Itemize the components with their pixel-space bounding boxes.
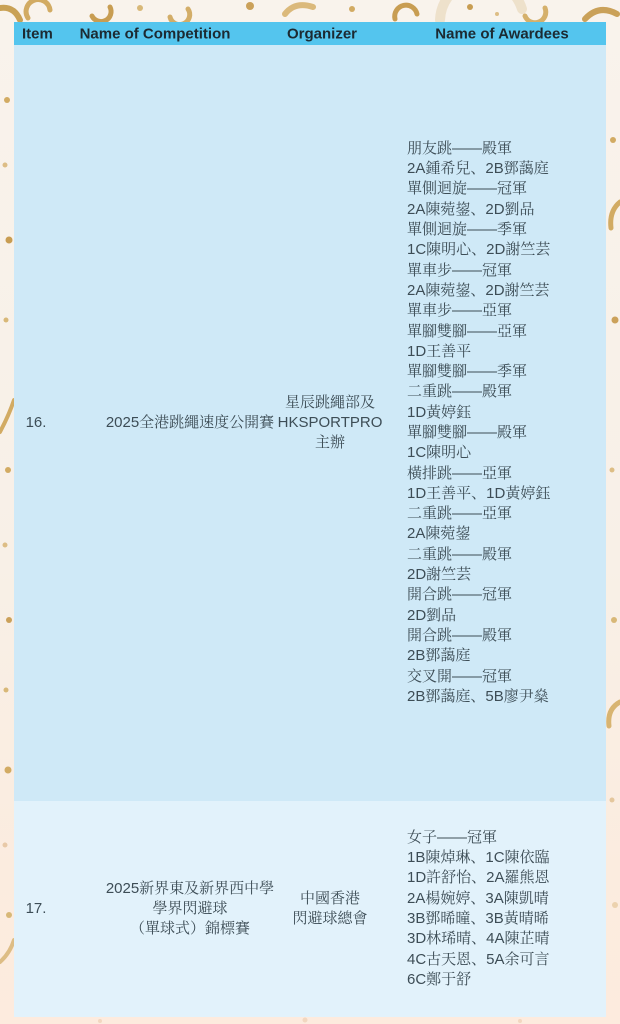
awardee-line: 3B鄧晞曈、3B黃晴晞 [407,909,549,929]
awardee-line: 開合跳——殿軍 [407,626,512,646]
awardee-line: 橫排跳——亞軍 [407,464,512,484]
awardee-line: 單側迴旋——冠軍 [407,179,527,199]
competition-name-line: （單球式）錦標賽 [130,919,250,939]
column-header-awardees: Name of Awardees [402,25,602,42]
awardee-line: 2A陳菀鋆 [407,524,470,544]
awardee-line: 1C陳明心 [407,443,471,463]
awardee-line: 1D王善平 [407,342,471,362]
awardee-line: 2A陳菀鋆、2D謝竺芸 [407,281,550,301]
item-cell: 16. [16,45,56,801]
item-number: 17. [26,899,47,919]
awardee-line: 6C鄭于舒 [407,970,471,990]
organizer-line: 主辦 [315,433,345,453]
awardee-line: 2A楊婉婷、3A陳凱晴 [407,889,549,909]
awardee-line: 1D許舒怡、2A羅熊恩 [407,868,550,888]
table-row: 17. 2025新界東及新界西中學學界閃避球（單球式）錦標賽 中國香港閃避球總會… [14,801,606,1017]
organizer-line: 閃避球總會 [292,909,367,929]
awardee-line: 單車步——亞軍 [407,301,512,321]
awardee-line: 女子——冠軍 [407,828,497,848]
awardee-line: 單腳雙腳——殿軍 [407,423,527,443]
awardee-line: 4C古天恩、5A余可言 [407,950,550,970]
awardee-line: 1B陳焯琳、1C陳依臨 [407,848,550,868]
awardee-line: 單車步——冠軍 [407,261,512,281]
column-header-item: Item [22,25,53,42]
awardee-line: 開合跳——冠軍 [407,585,512,605]
awardee-line: 單腳雙腳——季軍 [407,362,527,382]
awardee-line: 2D劉品 [407,606,456,626]
table-row: 16. 2025全港跳繩速度公開賽 星辰跳繩部及HKSPORTPRO主辦 朋友跳… [14,45,606,801]
column-header-competition: Name of Competition [64,25,246,42]
awardee-line: 3D林琋晴、4A陳芷晴 [407,929,550,949]
awardee-line: 單側迴旋——季軍 [407,220,527,240]
awardee-line: 二重跳——殿軍 [407,382,512,402]
awardee-line: 2B鄧藹庭、5B廖尹燊 [407,687,549,707]
awards-table: Item Name of Competition Organizer Name … [14,22,606,1017]
awardee-line: 二重跳——殿軍 [407,545,512,565]
column-header-organizer: Organizer [272,25,372,42]
item-cell: 17. [16,801,56,1017]
awardee-line: 朋友跳——殿軍 [407,139,512,159]
organizer-line: 中國香港 [300,889,360,909]
organizer-cell: 中國香港閃避球總會 [250,801,410,1017]
awardee-line: 1C陳明心、2D謝竺芸 [407,240,550,260]
awardee-line: 2A陳菀鋆、2D劉品 [407,200,535,220]
table-header-row: Item Name of Competition Organizer Name … [14,22,606,45]
awardee-line: 1D王善平、1D黃婷鈺 [407,484,550,504]
awardee-line: 2A鍾希兒、2B鄧藹庭 [407,159,549,179]
awardees-cell: 朋友跳——殿軍2A鍾希兒、2B鄧藹庭單側迴旋——冠軍2A陳菀鋆、2D劉品單側迴旋… [393,45,606,801]
awardee-line: 1D黃婷鈺 [407,403,471,423]
awardee-line: 單腳雙腳——亞軍 [407,322,527,342]
competition-name-line: 2025新界東及新界西中學 [106,879,274,899]
competition-name-line: 學界閃避球 [152,899,227,919]
awardee-line: 2B鄧藹庭 [407,646,470,666]
item-number: 16. [26,413,47,433]
competition-name-line: 2025全港跳繩速度公開賽 [106,413,274,433]
awardee-line: 2D謝竺芸 [407,565,471,585]
awardees-cell: 女子——冠軍1B陳焯琳、1C陳依臨1D許舒怡、2A羅熊恩2A楊婉婷、3A陳凱晴3… [393,801,606,1017]
awardee-line: 交叉開——冠軍 [407,667,512,687]
organizer-line: 星辰跳繩部及 [285,393,375,413]
organizer-cell: 星辰跳繩部及HKSPORTPRO主辦 [250,45,410,801]
awardee-line: 二重跳——亞軍 [407,504,512,524]
organizer-line: HKSPORTPRO [278,413,383,433]
